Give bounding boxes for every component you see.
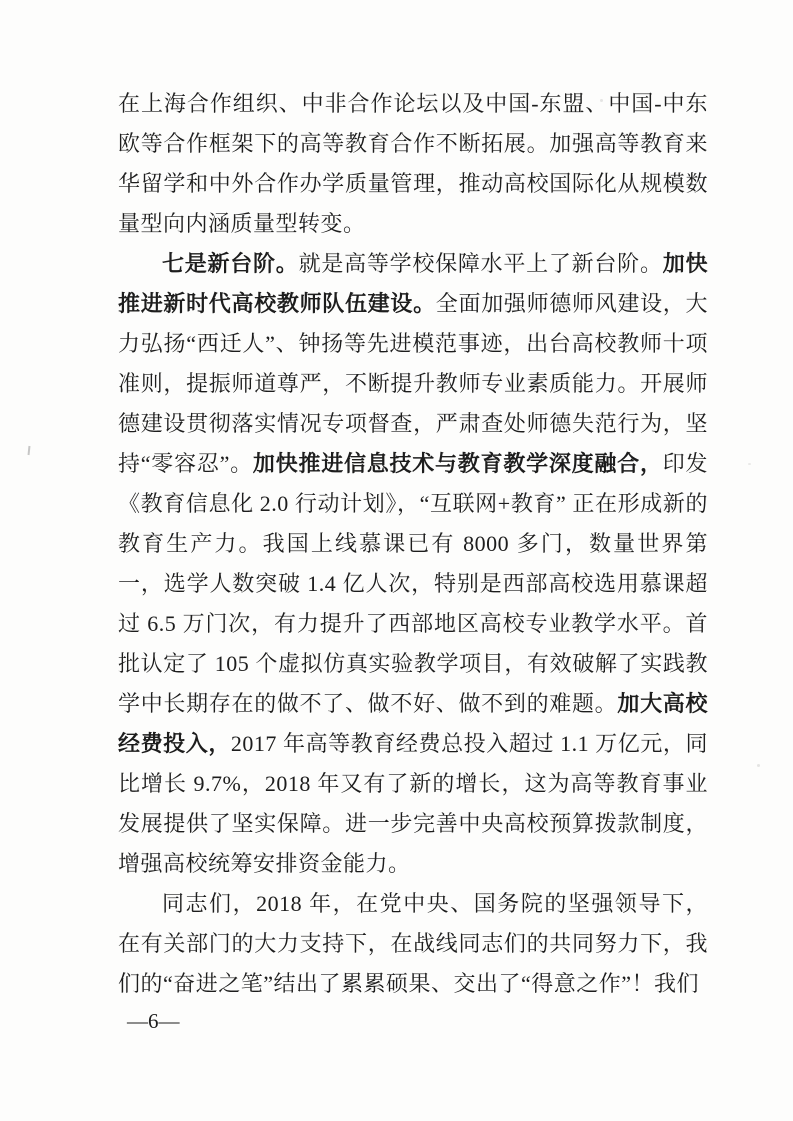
- document-body: 在上海合作组织、中非合作论坛以及中国-东盟、中国-中东欧等合作框架下的高等教育合…: [118, 84, 708, 1004]
- document-page: 在上海合作组织、中非合作论坛以及中国-东盟、中国-中东欧等合作框架下的高等教育合…: [0, 0, 793, 1121]
- emphasis-text: 七是新台阶。: [162, 251, 299, 276]
- scan-artifact: [748, 463, 751, 465]
- body-text: 全面加强师德师风建设，大力弘扬“西迁人”、钟扬等先进模范事迹，出台高校教师十项准…: [118, 291, 708, 476]
- scan-artifact: [28, 446, 31, 455]
- scanned-document-page: { "document": { "paragraphs": [ { "inden…: [0, 0, 793, 1121]
- emphasis-text: 加快推进信息技术与教育教学深度融合，: [253, 451, 663, 476]
- body-text: 就是高等学校保障水平上了新台阶。: [299, 251, 663, 276]
- paragraph: 七是新台阶。就是高等学校保障水平上了新台阶。加快推进新时代高校教师队伍建设。全面…: [118, 244, 708, 884]
- scan-artifact: [757, 764, 760, 767]
- scan-artifact: [600, 99, 603, 102]
- body-text: 在上海合作组织、中非合作论坛以及中国-东盟、中国-中东欧等合作框架下的高等教育合…: [118, 91, 708, 236]
- body-text: 印发《教育信息化 2.0 行动计划》，“互联网+教育” 正在形成新的教育生产力。…: [118, 451, 708, 716]
- body-text: 同志们，2018 年，在党中央、国务院的坚强领导下，在有关部门的大力支持下，在战…: [118, 891, 708, 996]
- page-number: —6—: [127, 1006, 180, 1036]
- paragraph: 同志们，2018 年，在党中央、国务院的坚强领导下，在有关部门的大力支持下，在战…: [118, 884, 708, 1004]
- paragraph: 在上海合作组织、中非合作论坛以及中国-东盟、中国-中东欧等合作框架下的高等教育合…: [118, 84, 708, 244]
